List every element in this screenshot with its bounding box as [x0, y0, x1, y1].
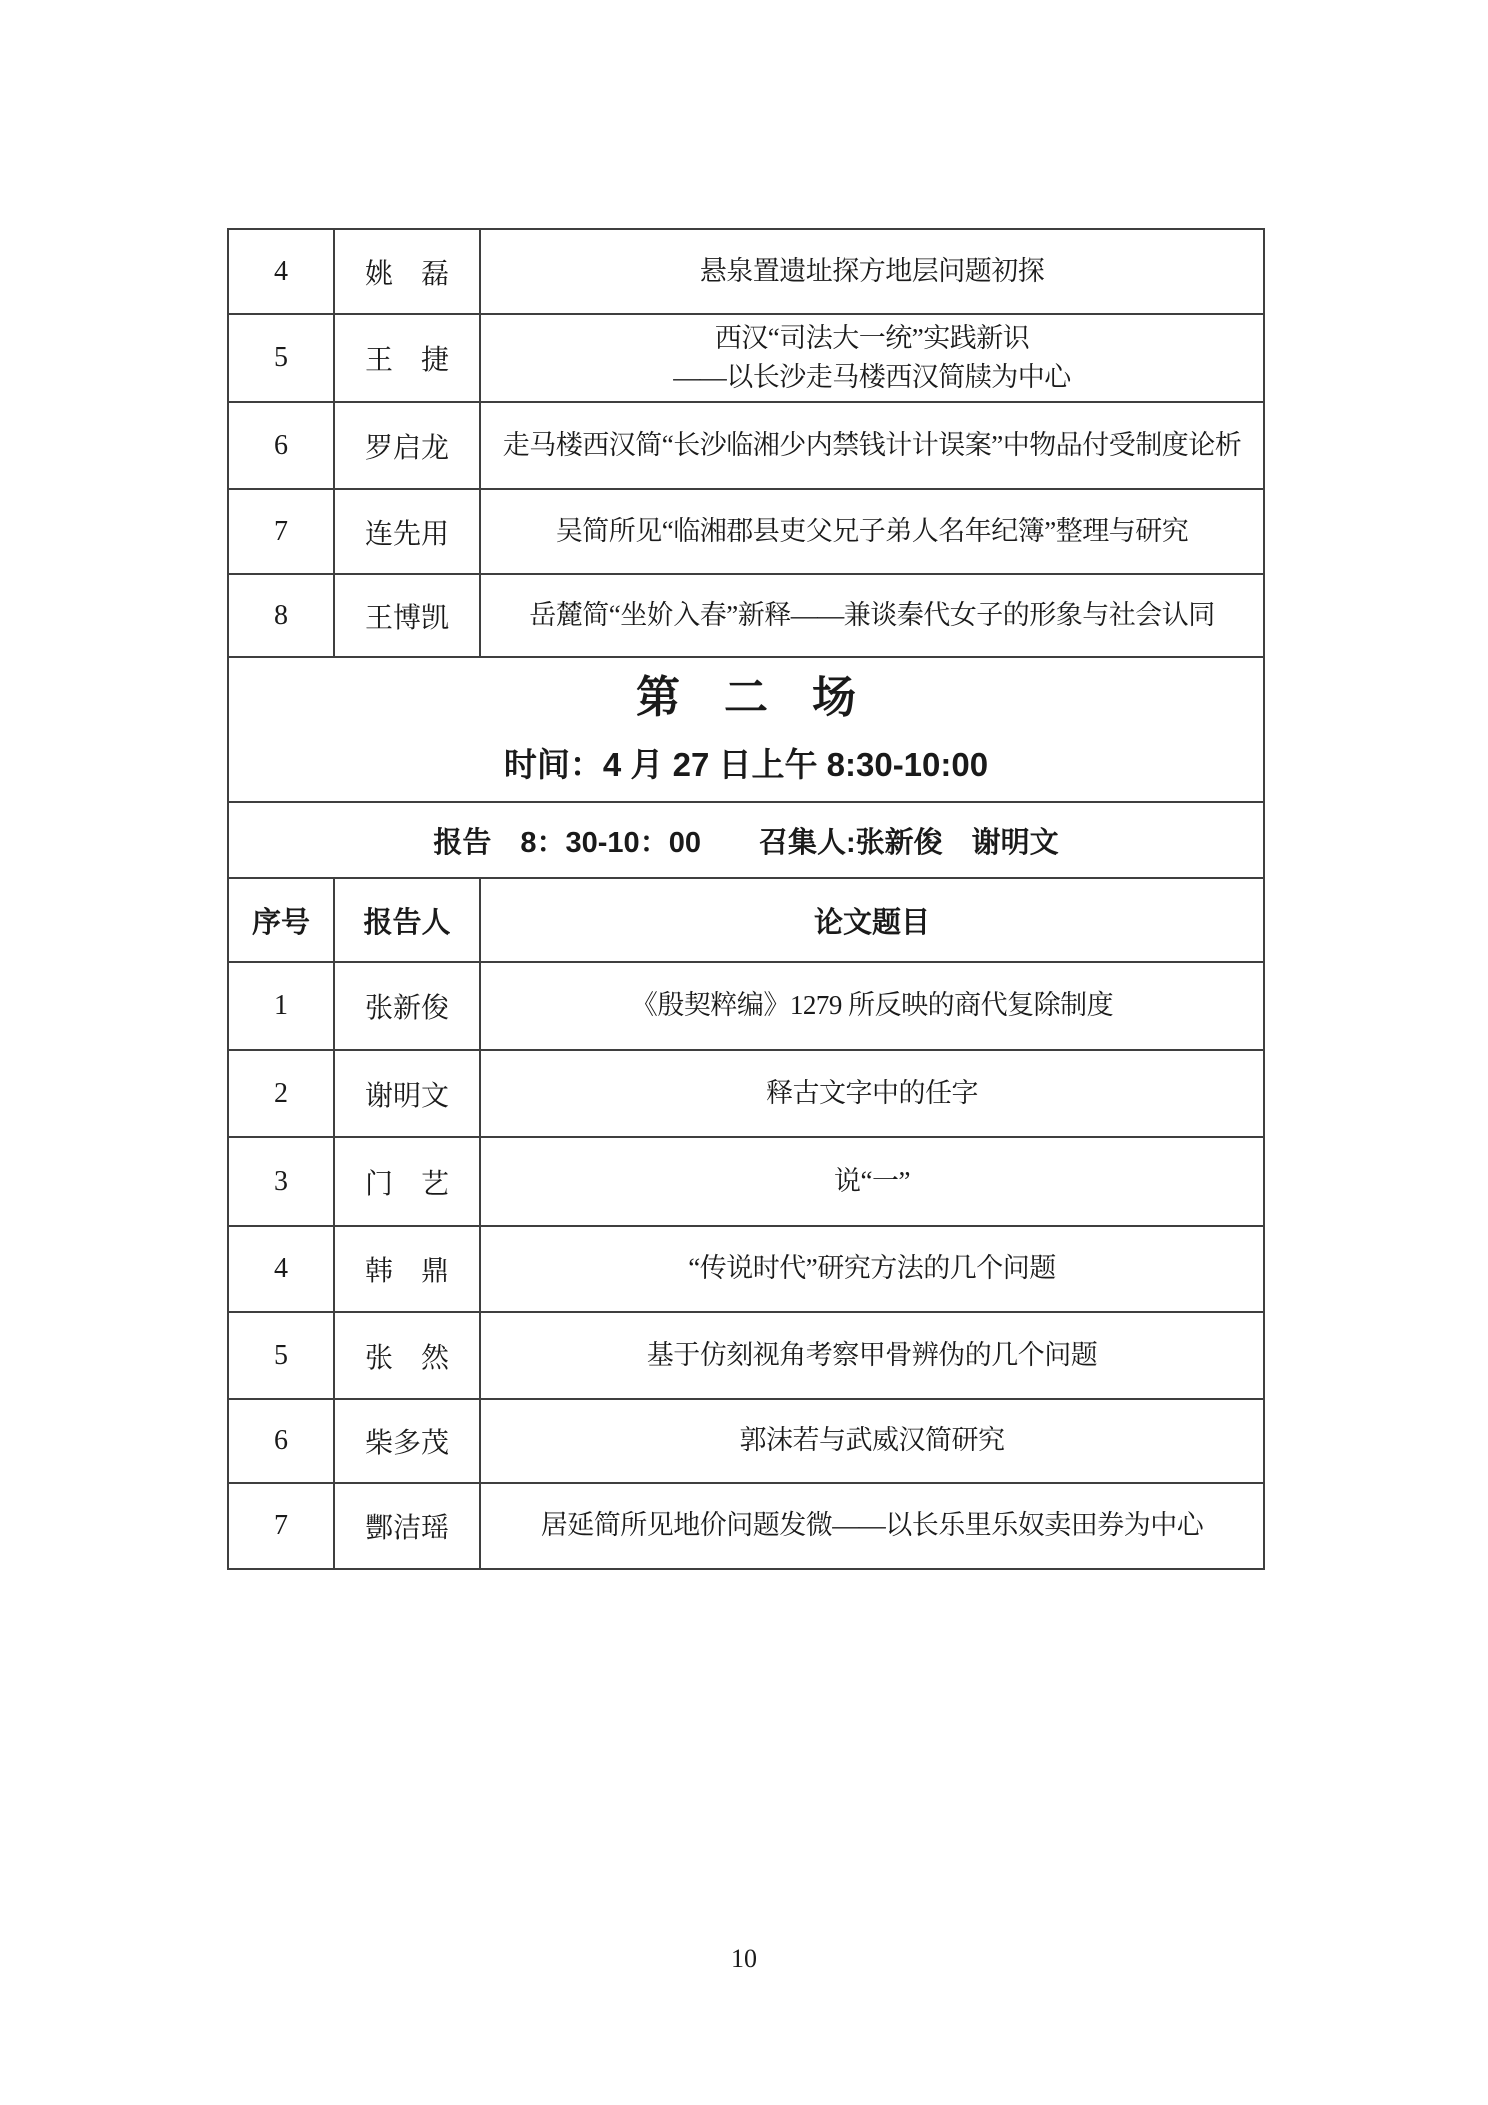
- table-row: 5 王 捷 西汉“司法大一统”实践新识 ——以长沙走马楼西汉简牍为中心: [228, 314, 1264, 402]
- speaker-cell: 张新俊: [334, 962, 480, 1050]
- table-row: 6 罗启龙 走马楼西汉简“长沙临湘少内禁钱计计误案”中物品付受制度论析: [228, 402, 1264, 489]
- speaker-cell: 连先用: [334, 489, 480, 574]
- conference-schedule-table: 4 姚 磊 悬泉置遗址探方地层问题初探 5 王 捷 西汉“司法大一统”实践新识 …: [227, 228, 1265, 1570]
- report-schedule-line: 报告 8：30-10：00 召集人:张新俊 谢明文: [228, 802, 1264, 878]
- speaker-cell: 柴多茂: [334, 1399, 480, 1483]
- column-header-no: 序号: [228, 878, 334, 962]
- speaker-cell: 王博凯: [334, 574, 480, 657]
- row-number-cell: 6: [228, 402, 334, 489]
- session-title: 第 二 场: [636, 674, 856, 722]
- paper-title-cell: 说“一”: [480, 1137, 1264, 1226]
- speaker-cell: 门 艺: [334, 1137, 480, 1226]
- row-number-cell: 7: [228, 1483, 334, 1569]
- row-number-cell: 3: [228, 1137, 334, 1226]
- row-number-cell: 8: [228, 574, 334, 657]
- paper-title-cell: 基于仿刻视角考察甲骨辨伪的几个问题: [480, 1312, 1264, 1399]
- paper-title-cell: “传说时代”研究方法的几个问题: [480, 1226, 1264, 1312]
- table-row: 8 王博凯 岳麓简“坐妎入春”新释——兼谈秦代女子的形象与社会认同: [228, 574, 1264, 657]
- row-number-cell: 7: [228, 489, 334, 574]
- row-number-cell: 5: [228, 1312, 334, 1399]
- paper-title-cell: 郭沫若与武威汉简研究: [480, 1399, 1264, 1483]
- table-row: 7 酆洁瑶 居延简所见地价问题发微——以长乐里乐奴卖田券为中心: [228, 1483, 1264, 1569]
- speaker-cell: 姚 磊: [334, 229, 480, 314]
- speaker-cell: 酆洁瑶: [334, 1483, 480, 1569]
- table-row: 1 张新俊 《殷契粹编》1279 所反映的商代复除制度: [228, 962, 1264, 1050]
- table-row: 7 连先用 吴简所见“临湘郡县吏父兄子弟人名年纪簿”整理与研究: [228, 489, 1264, 574]
- paper-title-cell: 西汉“司法大一统”实践新识 ——以长沙走马楼西汉简牍为中心: [480, 314, 1264, 402]
- table-row: 5 张 然 基于仿刻视角考察甲骨辨伪的几个问题: [228, 1312, 1264, 1399]
- table-row: 2 谢明文 释古文字中的任字: [228, 1050, 1264, 1137]
- row-number-cell: 4: [228, 1226, 334, 1312]
- speaker-cell: 谢明文: [334, 1050, 480, 1137]
- paper-title-cell: 释古文字中的任字: [480, 1050, 1264, 1137]
- table-row: 6 柴多茂 郭沫若与武威汉简研究: [228, 1399, 1264, 1483]
- row-number-cell: 1: [228, 962, 334, 1050]
- table-row: 3 门 艺 说“一”: [228, 1137, 1264, 1226]
- document-page: { "page": { "number": "10" }, "session1"…: [0, 0, 1488, 2105]
- row-number-cell: 6: [228, 1399, 334, 1483]
- speaker-cell: 韩 鼎: [334, 1226, 480, 1312]
- session-time: 时间：4 月 27 日上午 8:30-10:00: [504, 747, 988, 783]
- column-header-speaker: 报告人: [334, 878, 480, 962]
- table-row: 4 韩 鼎 “传说时代”研究方法的几个问题: [228, 1226, 1264, 1312]
- paper-title-cell: 走马楼西汉简“长沙临湘少内禁钱计计误案”中物品付受制度论析: [480, 402, 1264, 489]
- paper-title-cell: 吴简所见“临湘郡县吏父兄子弟人名年纪簿”整理与研究: [480, 489, 1264, 574]
- session-header-row: 第 二 场 时间：4 月 27 日上午 8:30-10:00: [228, 657, 1264, 802]
- paper-title-cell: 悬泉置遗址探方地层问题初探: [480, 229, 1264, 314]
- session-header-cell: 第 二 场 时间：4 月 27 日上午 8:30-10:00: [228, 657, 1264, 802]
- paper-title-cell: 居延简所见地价问题发微——以长乐里乐奴卖田券为中心: [480, 1483, 1264, 1569]
- row-number-cell: 5: [228, 314, 334, 402]
- page-number: 10: [0, 1944, 1488, 1974]
- paper-title-cell: 岳麓简“坐妎入春”新释——兼谈秦代女子的形象与社会认同: [480, 574, 1264, 657]
- paper-title-cell: 《殷契粹编》1279 所反映的商代复除制度: [480, 962, 1264, 1050]
- session-header-content: 第 二 场 时间：4 月 27 日上午 8:30-10:00: [231, 664, 1261, 795]
- report-schedule-row: 报告 8：30-10：00 召集人:张新俊 谢明文: [228, 802, 1264, 878]
- column-header-row: 序号 报告人 论文题目: [228, 878, 1264, 962]
- row-number-cell: 2: [228, 1050, 334, 1137]
- table-row: 4 姚 磊 悬泉置遗址探方地层问题初探: [228, 229, 1264, 314]
- speaker-cell: 罗启龙: [334, 402, 480, 489]
- column-header-title: 论文题目: [480, 878, 1264, 962]
- speaker-cell: 张 然: [334, 1312, 480, 1399]
- speaker-cell: 王 捷: [334, 314, 480, 402]
- row-number-cell: 4: [228, 229, 334, 314]
